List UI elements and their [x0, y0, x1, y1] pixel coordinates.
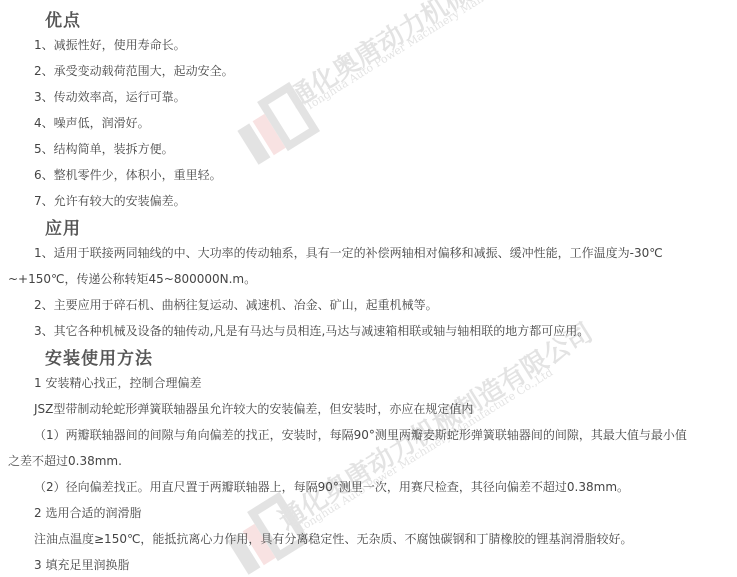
- install-step-1-sub-1-line-1: （1）两瓣联轴器间的间隙与角向偏差的找正，安装时，每隔90°测里两瓣麦斯蛇形弹簧…: [34, 427, 687, 443]
- watermark-company-en: Tonghua Auto Power Machinery Manufacture…: [303, 0, 563, 113]
- advantage-item: 3、传动效率高，运行可靠。: [34, 89, 186, 105]
- watermark-company-cn: 通化奥唐动力机械制造有限公司: [280, 0, 608, 115]
- advantage-item: 4、噪声低，润滑好。: [34, 115, 150, 131]
- install-step-1-sub-1-line-2: 之差不超过0.38mm.: [8, 453, 122, 469]
- advantage-item: 1、减振性好，使用寿命长。: [34, 37, 186, 53]
- install-step-2-text: 注油点温度≥150℃，能抵抗离心力作用，具有分离稳定性、无杂质、不腐蚀碳钢和丁腈…: [34, 531, 632, 547]
- section-title-applications: 应用: [45, 214, 81, 239]
- advantage-item: 2、承受变动载荷范围大，起动安全。: [34, 63, 234, 79]
- application-item-1-line-1: 1、适用于联接两同轴线的中、大功率的传动轴系，具有一定的补偿两轴相对偏移和减振、…: [34, 245, 663, 261]
- install-step-2-title: 2 选用合适的润滑脂: [34, 505, 141, 521]
- watermark-company-cn: 通化奥唐动力机械制造有限公司: [270, 313, 598, 537]
- document-page: 通化奥唐动力机械制造有限公司 Tonghua Auto Power Machin…: [0, 0, 737, 577]
- advantage-item: 6、整机零件少，体积小，重里轻。: [34, 167, 222, 183]
- install-step-1-title: 1 安装精心找正，控制合理偏差: [34, 375, 201, 391]
- install-step-3-title: 3 填充足里润换脂: [34, 557, 129, 573]
- advantage-item: 7、允许有较大的安装偏差。: [34, 193, 186, 209]
- advantage-item: 5、结构简单，装拆方便。: [34, 141, 174, 157]
- install-step-1-text: JSZ型带制动轮蛇形弹簧联轴器虽允许较大的安装偏差，但安装时，亦应在规定值内: [34, 401, 473, 417]
- install-step-1-sub-2: （2）径向偏差找正。用直尺置于两瓣联轴器上，每隔90°测里一次，用赛尺检查，其径…: [34, 479, 629, 495]
- company-logo-icon: [230, 80, 320, 170]
- section-title-advantages: 优点: [45, 6, 81, 31]
- watermark-company-en: Tonghua Auto Power Machinery Manufacture…: [295, 366, 555, 535]
- application-item-3: 3、其它各种机械及设备的轴传动,凡是有马达与员相连,马达与减速箱相联或轴与轴相联…: [34, 323, 589, 339]
- application-item-2: 2、主要应用于碎石机、曲柄往复运动、减速机、冶金、矿山，起重机械等。: [34, 297, 438, 313]
- application-item-1-line-2: ~+150℃，传递公称转矩45~800000N.m。: [8, 271, 256, 287]
- section-title-installation: 安装使用方法: [45, 344, 153, 369]
- company-watermark: 通化奥唐动力机械制造有限公司 Tonghua Auto Power Machin…: [230, 0, 630, 180]
